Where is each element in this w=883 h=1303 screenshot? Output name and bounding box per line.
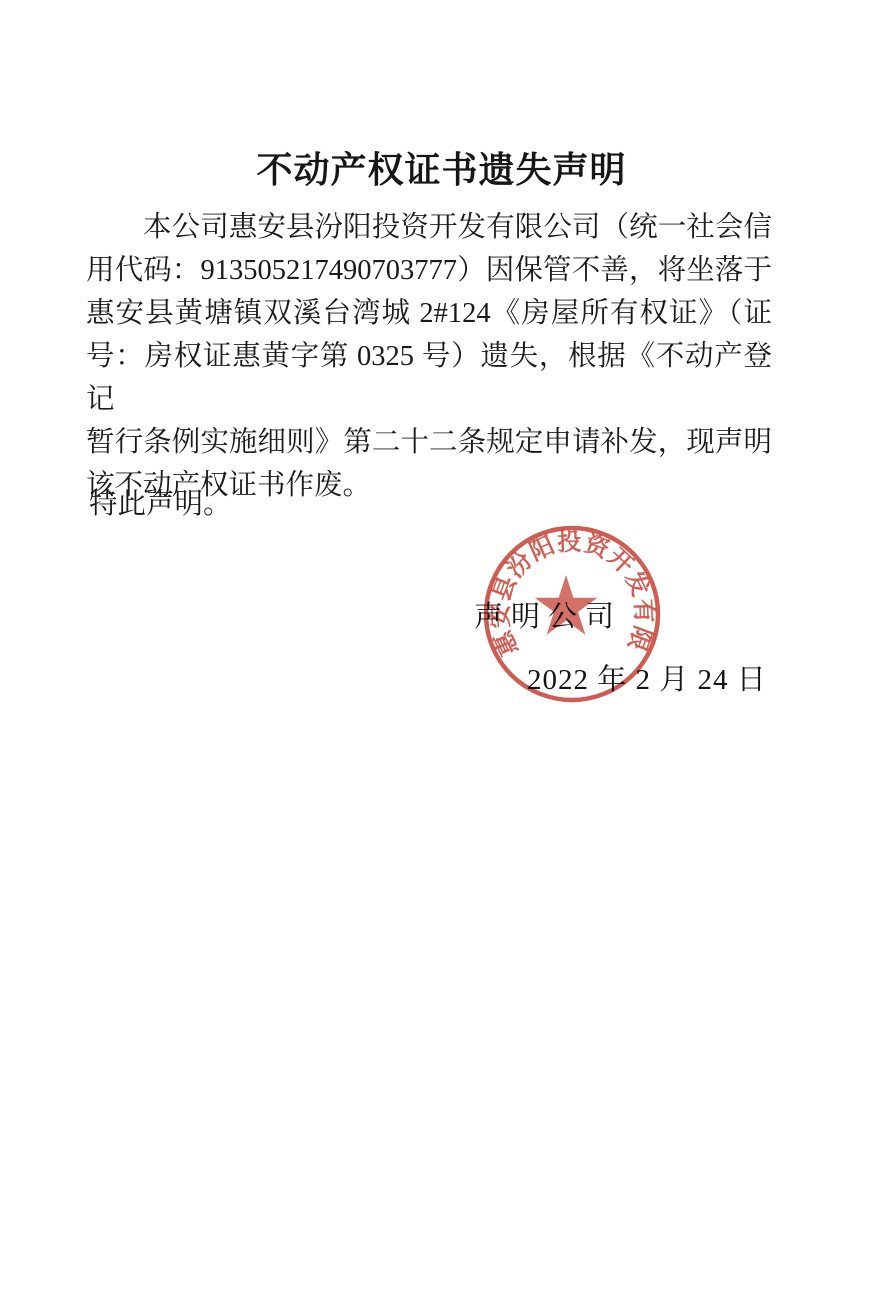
declaration-date: 2022 年 2 月 24 日	[527, 657, 767, 698]
body-line: 惠安县黄塘镇双溪台湾城 2#124《房屋所有权证》（证	[86, 292, 772, 335]
seal-company-name: 惠安县汾阳投资开发有限公司	[462, 504, 658, 660]
declarant-label: 声明公司	[474, 594, 622, 635]
body-line: 用代码：913505217490703777）因保管不善，将坐落于	[86, 249, 772, 292]
body-line: 号：房权证惠黄字第 0325 号）遗失，根据《不动产登记	[86, 335, 772, 421]
document-title: 不动产权证书遗失声明	[0, 142, 883, 193]
declaration-body: 本公司惠安县汾阳投资开发有限公司（统一社会信 用代码：9135052174907…	[86, 206, 772, 507]
document-page: 不动产权证书遗失声明 本公司惠安县汾阳投资开发有限公司（统一社会信 用代码：91…	[0, 0, 883, 1303]
body-line: 暂行条例实施细则》第二十二条规定申请补发，现声明	[86, 421, 772, 464]
svg-text:惠安县汾阳投资开发有限公司: 惠安县汾阳投资开发有限公司	[462, 504, 658, 660]
body-line: 本公司惠安县汾阳投资开发有限公司（统一社会信	[86, 206, 772, 249]
closing-statement: 特此声明。	[89, 481, 232, 522]
